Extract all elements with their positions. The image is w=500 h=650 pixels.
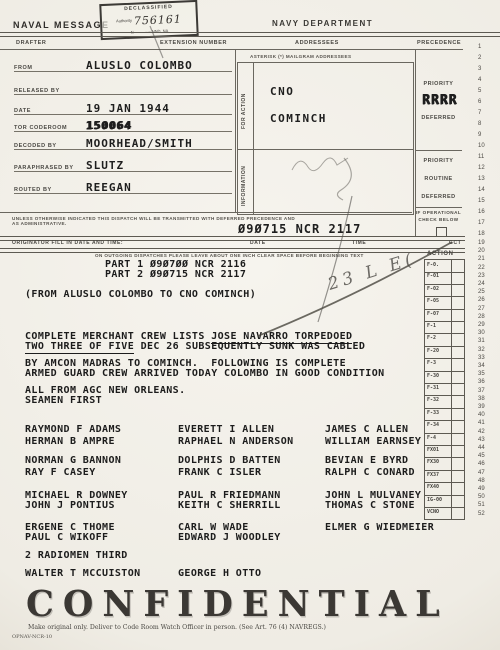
action-check-cell	[451, 296, 464, 308]
action-code-label: F-31	[425, 383, 451, 395]
margin-number: 33	[478, 355, 485, 361]
crew-name: THOMAS C STONE	[325, 501, 415, 511]
crew-name: ELMER G WIEDMEIER	[325, 523, 434, 533]
action-code-label: F-34	[425, 420, 451, 432]
action-code-row: F-31	[424, 383, 465, 396]
action-check-cell	[451, 271, 464, 283]
action-code-label: F-33	[425, 408, 451, 420]
date-column-label: DATE	[250, 240, 266, 246]
header-precedence: PRECEDENCE	[417, 40, 461, 46]
crew-name: BEVIAN E BYRD	[325, 456, 408, 466]
action-code-row: F-30	[424, 371, 465, 384]
action-code-row: F-32	[424, 395, 465, 408]
originator-fill-label: ORIGINATOR FILL IN DATE AND TIME:	[12, 240, 123, 246]
ncr-number-line: Ø9Ø715 NCR 2117	[238, 222, 361, 236]
action-code-row: F-2	[424, 333, 465, 346]
action-addressee-cno: CNO	[270, 85, 294, 98]
margin-number: 6	[478, 99, 481, 105]
margin-number: 46	[478, 461, 485, 467]
field-label: ROUTED BY	[14, 187, 86, 193]
crew-name: FRANK C ISLER	[178, 468, 261, 478]
field-from: FROMALUSLO COLOMBO	[14, 56, 232, 72]
field-label: PARAPHRASED BY	[14, 165, 86, 171]
margin-number: 28	[478, 314, 485, 320]
body-text: ARMED GUARD CREW ARRIVED TODAY COLOMBO I…	[25, 368, 385, 379]
crew-name: HERMAN B AMPRE	[25, 437, 115, 447]
margin-number: 29	[478, 322, 485, 328]
margin-number: 25	[478, 289, 485, 295]
action-check-cell	[451, 507, 464, 519]
margin-number: 39	[478, 404, 485, 410]
crew-name: EVERETT I ALLEN	[178, 425, 274, 435]
margin-number: 45	[478, 453, 485, 459]
field-released-by: RELEASED BY	[14, 79, 232, 95]
addressee-middle-divider	[238, 149, 413, 150]
top-rule	[0, 32, 500, 37]
margin-number: 26	[478, 297, 485, 303]
action-code-row: FX40	[424, 482, 465, 495]
action-code-row: F-3	[424, 358, 465, 371]
precedence-routine: ROUTINE	[415, 176, 462, 182]
margin-number: 36	[478, 379, 485, 385]
field-value: REEGAN	[86, 182, 132, 193]
action-code-row: FX01	[424, 445, 465, 458]
action-check-cell	[451, 309, 464, 321]
action-code-label: FX01	[425, 445, 451, 457]
action-code-label: F-05	[425, 296, 451, 308]
margin-number: 2	[478, 55, 481, 61]
action-check-cell	[451, 395, 464, 407]
for-action-label: FOR ACTION	[241, 81, 247, 141]
field-value: ALUSLO COLOMBO	[86, 60, 193, 71]
action-code-row: F-33	[424, 408, 465, 421]
radioman-name-1: WALTER T MCCUISTON	[25, 569, 141, 579]
form-number: OPNAV-NCR-10	[12, 634, 52, 640]
action-code-row: F-34	[424, 420, 465, 433]
action-check-cell	[451, 358, 464, 370]
margin-number: 50	[478, 494, 485, 500]
radiomen-heading: 2 RADIOMEN THIRD	[25, 551, 128, 561]
underlined-text: TWO THREE OF FIVE	[25, 341, 134, 354]
crew-name: NORMAN G BANNON	[25, 456, 121, 466]
action-check-cell	[451, 321, 464, 333]
addressee-strip-divider	[253, 63, 254, 214]
action-code-row: VCNO	[424, 507, 465, 520]
margin-number: 18	[478, 231, 485, 237]
operational-note-line1: IF OPERATIONAL	[415, 210, 462, 215]
margin-number: 20	[478, 248, 485, 254]
margin-number: 31	[478, 338, 485, 344]
field-date: DATE19 JAN 1944	[14, 99, 232, 115]
body-text: SEAMEN FIRST	[25, 395, 102, 406]
naval-message-form: NAVAL MESSAGE NAVY DEPARTMENT DECLASSIFI…	[0, 0, 500, 650]
action-code-label: F-20	[425, 346, 451, 358]
crew-name: EDWARD J WOODLEY	[178, 533, 281, 543]
from-to-line: (FROM ALUSLO COLOMBO TO CNO COMINCH)	[25, 290, 256, 300]
mailgram-note: ASTERISK (*) MAILGRAM ADDRESSEES	[250, 54, 351, 59]
action-code-row: F-20	[424, 346, 465, 359]
radioman-name-2: GEORGE H OTTO	[178, 569, 261, 579]
margin-number: 42	[478, 429, 485, 435]
action-code-row: FX37	[424, 470, 465, 483]
precedence-rrrr: RRRR	[422, 93, 457, 108]
header-extension-number: EXTENSION NUMBER	[160, 40, 227, 46]
information-label: INFORMATION	[241, 158, 247, 213]
margin-number: 30	[478, 330, 485, 336]
body-line: ARMED GUARD CREW ARRIVED TODAY COLOMBO I…	[25, 369, 385, 379]
action-code-row: IG-00	[424, 495, 465, 508]
margin-number: 3	[478, 66, 481, 72]
margin-number: 32	[478, 347, 485, 353]
crew-name: KEITH C SHERRILL	[178, 501, 281, 511]
margin-number: 17	[478, 220, 485, 226]
action-code-row: F-05	[424, 296, 465, 309]
action-addressee-cominch: COMINCH	[270, 112, 327, 125]
action-code-label: F-1	[425, 321, 451, 333]
action-code-label: F-4	[425, 433, 451, 445]
body-line: TWO THREE OF FIVE DEC 26 SUBSEQUENTLY SU…	[25, 342, 365, 352]
action-code-label: F-07	[425, 309, 451, 321]
margin-number: 41	[478, 420, 485, 426]
margin-number: 49	[478, 486, 485, 492]
crew-name: RAPHAEL N ANDERSON	[178, 437, 294, 447]
action-column-header: ACTION	[427, 251, 454, 257]
precedence-divider	[415, 150, 462, 151]
crew-name: DOLPHIS D BATTEN	[178, 456, 281, 466]
navy-department-title: NAVY DEPARTMENT	[272, 19, 373, 28]
header-drafter: DRAFTER	[16, 40, 46, 46]
field-paraphrased-by: PARAPHRASED BYSLUTZ	[14, 156, 232, 172]
action-code-row: F-01	[424, 271, 465, 284]
action-check-cell	[451, 408, 464, 420]
field-label: DATE	[14, 108, 86, 114]
margin-number: 34	[478, 363, 485, 369]
field-value: 150064	[86, 120, 132, 131]
action-code-label: F-2	[425, 333, 451, 345]
action-code-label: VCNO	[425, 507, 451, 519]
divider-left-middle	[235, 49, 236, 213]
margin-number: 4	[478, 77, 481, 83]
margin-number: 5	[478, 88, 481, 94]
action-check-cell	[451, 445, 464, 457]
margin-number: 13	[478, 176, 485, 182]
margin-number: 12	[478, 165, 485, 171]
field-label: RELEASED BY	[14, 88, 86, 94]
operational-note-line2: CHECK BELOW	[415, 217, 462, 222]
action-code-label: F-01	[425, 271, 451, 283]
action-code-label: F-3	[425, 358, 451, 370]
margin-number: 40	[478, 412, 485, 418]
field-value: MOORHEAD/SMITH	[86, 138, 193, 149]
field-value: 19 JAN 1944	[86, 103, 170, 114]
action-code-row: F-07	[424, 309, 465, 322]
mid-rule	[0, 212, 412, 213]
addressee-box: FOR ACTION INFORMATION CNO COMINCH	[237, 62, 414, 215]
action-check-cell	[451, 284, 464, 296]
margin-number: 11	[478, 154, 484, 160]
margin-number: 22	[478, 265, 485, 271]
action-check-cell	[451, 333, 464, 345]
margin-number: 38	[478, 396, 485, 402]
body-line: SEAMEN FIRST	[25, 396, 102, 406]
action-check-cell	[451, 470, 464, 482]
field-tor-coderoom: TOR CODEROOM150064	[14, 116, 232, 132]
crew-name: JAMES C ALLEN	[325, 425, 408, 435]
margin-number: 21	[478, 256, 485, 262]
field-label: TOR CODEROOM	[14, 125, 86, 131]
action-check-cell	[451, 420, 464, 432]
action-code-row: F-02	[424, 284, 465, 297]
stamp-authority-label: Authority	[116, 18, 132, 24]
precedence-priority-bottom: PRIORITY	[415, 158, 462, 164]
action-code-row: FX30	[424, 457, 465, 470]
field-value: SLUTZ	[86, 160, 124, 171]
body-text: DEC 26 SUBSEQUENTLY SUNK WAS CABLED	[134, 341, 365, 352]
field-label: FROM	[14, 65, 86, 71]
crew-name: WILLIAM EARNSEY	[325, 437, 421, 447]
action-code-label: F-32	[425, 395, 451, 407]
time-column-label: TIME	[352, 240, 366, 246]
margin-number: 27	[478, 306, 485, 312]
gct-label: GCT	[449, 240, 461, 246]
action-check-cell	[451, 433, 464, 445]
action-code-label: IG-00	[425, 495, 451, 507]
operational-divider	[415, 207, 462, 208]
action-check-cell	[451, 346, 464, 358]
form-title: NAVAL MESSAGE	[13, 20, 110, 30]
margin-number: 15	[478, 198, 485, 204]
footer-instructions: Make original only. Deliver to Code Room…	[28, 624, 326, 631]
margin-number: 14	[478, 187, 485, 193]
margin-number: 48	[478, 478, 485, 484]
margin-number: 47	[478, 470, 485, 476]
crew-name: JOHN J PONTIUS	[25, 501, 115, 511]
crew-name: RAYMOND F ADAMS	[25, 425, 121, 435]
margin-number: 52	[478, 511, 485, 517]
action-check-cell	[451, 383, 464, 395]
action-check-cell	[451, 371, 464, 383]
margin-number: 19	[478, 240, 485, 246]
precedence-deferred-top: DEFERRED	[415, 115, 462, 121]
precedence-deferred-bottom: DEFERRED	[415, 194, 462, 200]
action-code-label: F-02	[425, 284, 451, 296]
margin-number: 16	[478, 209, 485, 215]
precedence-priority-top: PRIORITY	[415, 81, 462, 87]
margin-number: 1	[478, 44, 481, 50]
margin-number: 8	[478, 121, 481, 127]
action-code-row: F-4	[424, 433, 465, 446]
crew-name: PAUL C WIKOFF	[25, 533, 108, 543]
margin-number: 10	[478, 143, 485, 149]
margin-number: 37	[478, 388, 485, 394]
margin-number: 35	[478, 371, 485, 377]
margin-number: 43	[478, 437, 485, 443]
clear-space-note: ON OUTGOING DISPATCHES PLEASE LEAVE ABOU…	[95, 253, 364, 258]
margin-number: 24	[478, 281, 485, 287]
field-label: DECODED BY	[14, 143, 86, 149]
action-code-row: F-1	[424, 321, 465, 334]
part-line: PART 2 Ø9Ø715 NCR 2117	[105, 270, 246, 280]
action-check-cell	[451, 457, 464, 469]
precedence-box	[415, 50, 463, 237]
action-check-cell	[451, 482, 464, 494]
margin-number: 7	[478, 110, 481, 116]
header-addressees: ADDRESSEES	[295, 40, 339, 46]
margin-number: 44	[478, 445, 485, 451]
header-rule	[0, 49, 463, 50]
action-code-label: FX40	[425, 482, 451, 494]
action-code-label: FX37	[425, 470, 451, 482]
margin-number: 51	[478, 502, 485, 508]
margin-number: 9	[478, 132, 481, 138]
confidential-stamp: CONFIDENTIAL	[26, 584, 449, 626]
field-routed-by: ROUTED BYREEGAN	[14, 178, 232, 194]
action-code-label: FX30	[425, 457, 451, 469]
margin-number: 23	[478, 273, 485, 279]
action-code-label: F-30	[425, 371, 451, 383]
stamp-authority-number: 756161	[134, 13, 183, 28]
field-decoded-by: DECODED BYMOORHEAD/SMITH	[14, 134, 232, 150]
action-check-cell	[451, 495, 464, 507]
crew-name: RALPH C CONARD	[325, 468, 415, 478]
crew-name: RAY F CASEY	[25, 468, 96, 478]
